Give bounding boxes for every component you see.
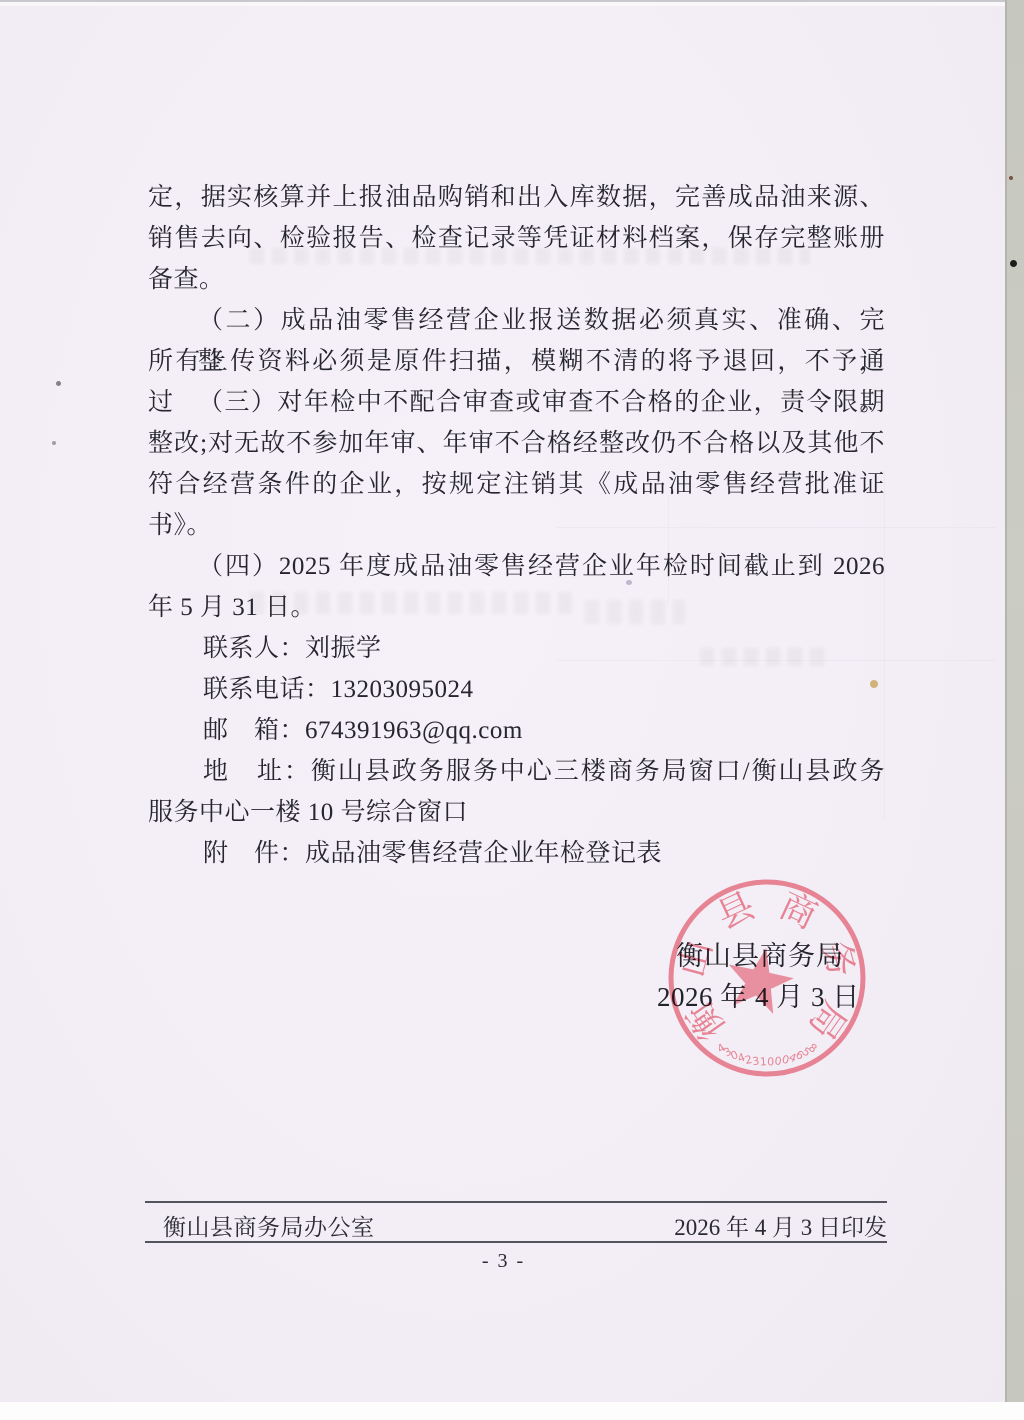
seal-arc-char: 务 [815,936,863,981]
paper-speck [52,441,56,445]
body-line: 书》。 [148,505,885,546]
contact-address-line: 地 址：衡山县政务服务中心三楼商务局窗口/衡山县政务 [148,751,885,792]
contact-person-line: 联系人：刘振学 [148,628,885,669]
seal-serial-digit: 1 [760,1055,768,1068]
seal-arc-char: 衡 [680,994,733,1046]
page-number: - 3 - [0,1250,1007,1273]
contact-email-line: 邮 箱：674391963@qq.com [148,710,885,751]
scan-bottom-strip [0,1402,1024,1420]
scanner-speck [1009,176,1013,180]
body-line: 整改;对无故不参加年审、年审不合格经整改仍不合格以及其他不 [148,423,885,464]
seal-arc-char: 山 [672,936,720,981]
body-line: 符合经营条件的企业，按规定注销其《成品油零售经营批准证 [148,464,885,505]
scanned-document-page: 定，据实核算并上报油品购销和出入库数据，完善成品油来源、 销售去向、检验报告、检… [0,0,1024,1420]
scan-top-edge-highlight [0,2,1007,6]
body-line: （三）对年检中不配合审查或审查不合格的企业，责令限期 [148,382,885,423]
attachment-line: 附 件：成品油零售经营企业年检登记表 [148,833,885,874]
scanner-background-strip [1007,0,1024,1402]
seal-graphics: 衡 山 县 商 务 局 43042310004658 [671,882,863,1074]
contact-phone-line: 联系电话：13203095024 [148,669,885,710]
seal-arc-char: 局 [801,994,854,1046]
seal-star-icon [729,948,794,1014]
body-line: 年 5 月 31 日。 [148,587,885,628]
footer-rule-top [145,1201,887,1203]
footer-print-date: 2026 年 4 月 3 日印发 [645,1209,887,1242]
body-line: 定，据实核算并上报油品购销和出入库数据，完善成品油来源、 [148,177,885,218]
body-line: （二）成品油零售经营企业报送数据必须真实、准确、完整， [148,300,885,341]
body-line: 销售去向、检验报告、检查记录等凭证材料档案，保存完整账册 [148,218,885,259]
scanner-speck [1010,260,1017,267]
document-body: 定，据实核算并上报油品购销和出入库数据，完善成品油来源、 销售去向、检验报告、检… [148,177,885,874]
body-line: 备查。 [148,259,885,300]
body-line: 所有上传资料必须是原件扫描，模糊不清的将予退回，不予通过。 [148,341,885,382]
official-seal-stamp: 衡 山 县 商 务 局 43042310004658 [666,877,868,1079]
footer-rule-bottom [145,1241,887,1243]
paper-speck [56,381,61,386]
footer-issuing-office: 衡山县商务局办公室 [163,1209,375,1242]
contact-address-line2: 服务中心一楼 10 号综合窗口 [148,792,885,833]
body-line: （四）2025 年度成品油零售经营企业年检时间截止到 2026 [148,546,885,587]
